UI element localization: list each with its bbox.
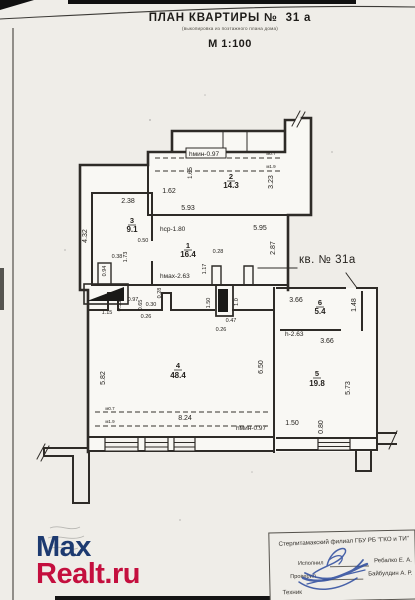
room-area: 48.4 bbox=[170, 371, 186, 380]
room-number: 1 bbox=[186, 241, 190, 250]
dim-label: м1.9 bbox=[105, 419, 115, 424]
room-area: 16.4 bbox=[180, 250, 196, 259]
dim-label: 0.50 bbox=[138, 238, 149, 244]
page-title: ПЛАН КВАРТИРЫ № 31 а bbox=[45, 12, 415, 24]
dim-label: 5.93 bbox=[181, 205, 195, 212]
height-label: hмин-0.97 bbox=[189, 151, 220, 158]
dim-label: 0.26 bbox=[216, 327, 227, 333]
surveyor-stamp: Стерлитамакский филиал ГБУ РБ "ГКО и ТИ"… bbox=[268, 529, 415, 600]
room-number: 3 bbox=[130, 216, 134, 225]
room-number: 6 bbox=[318, 298, 322, 307]
tech-label: Техник bbox=[282, 589, 302, 596]
dim-label: 2.38 bbox=[121, 198, 135, 205]
dim-label: 0.97 bbox=[128, 297, 139, 303]
room-area: 14.3 bbox=[223, 181, 239, 190]
vent-shaft bbox=[218, 289, 228, 312]
dim-label: 0.53 bbox=[117, 301, 123, 312]
dim-label: 5.73 bbox=[345, 381, 352, 395]
dim-label: 0.38 bbox=[112, 254, 123, 260]
floor-plan-svg: 2 14.3 1 16.4 3 9.1 4 48.4 5 19.8 6 5.4 … bbox=[0, 0, 415, 600]
dim-label: 1.48 bbox=[351, 298, 358, 312]
stamp-row-executor: Исполнил Ребалко Е. А. bbox=[270, 556, 415, 569]
height-label: hмин-0.97 bbox=[236, 425, 267, 432]
stamp-row-checker: Проверил Байбулдин А. Р. bbox=[270, 569, 415, 582]
dim-label: 5.95 bbox=[253, 225, 267, 232]
scale-label: М 1:100 bbox=[45, 38, 415, 50]
dim-label: 0.47 bbox=[226, 318, 237, 324]
dim-label: м0.7 bbox=[105, 406, 115, 411]
dim-label: 1.0 bbox=[234, 298, 240, 306]
dim-label: 3.66 bbox=[289, 297, 303, 304]
dim-label: 3.23 bbox=[268, 175, 275, 189]
maxrealt-logo: Max Realt.ru bbox=[36, 534, 140, 588]
dim-label: м0.7 bbox=[266, 151, 276, 156]
room-area: 19.8 bbox=[309, 379, 325, 388]
dim-label: 0.28 bbox=[213, 249, 224, 255]
executor-name: Ребалко Е. А. bbox=[374, 558, 412, 565]
room-area: 5.4 bbox=[314, 307, 326, 316]
dim-label: 2.87 bbox=[270, 241, 277, 255]
logo-line-2: Realt.ru bbox=[36, 561, 140, 588]
dim-label: 4.32 bbox=[82, 229, 89, 243]
dim-label: 0.65 bbox=[138, 300, 144, 311]
height-label: hмах-2.63 bbox=[160, 273, 190, 280]
logo-line-1: Max bbox=[36, 534, 140, 561]
dim-label: 1.50 bbox=[285, 420, 299, 427]
dim-label: 5.82 bbox=[100, 371, 107, 385]
apartment-number-label: кв. № 31а bbox=[299, 254, 356, 266]
dim-label: 0.30 bbox=[146, 302, 157, 308]
dim-label: 1.65 bbox=[188, 167, 194, 179]
dim-label: 1.17 bbox=[202, 264, 208, 275]
checker-name: Байбулдин А. Р. bbox=[368, 571, 412, 578]
room-number: 2 bbox=[229, 172, 233, 181]
dim-label: 0.28 bbox=[157, 288, 163, 299]
dim-label: 0.94 bbox=[102, 266, 108, 277]
dim-label: 1.15 bbox=[102, 310, 113, 316]
room-number: 5 bbox=[315, 369, 319, 378]
height-label: h-2.63 bbox=[285, 331, 304, 338]
title-block: ПЛАН КВАРТИРЫ № 31 а (выкопировка из поэ… bbox=[45, 12, 415, 50]
height-label: hср-1.80 bbox=[160, 226, 186, 233]
dim-label: 8.24 bbox=[178, 415, 192, 422]
dim-label: 1.62 bbox=[162, 188, 176, 195]
page-subtitle: (выкопировка из поэтажного плана дома) bbox=[45, 26, 415, 31]
room-area: 9.1 bbox=[126, 225, 138, 234]
dim-label: м1.9 bbox=[266, 164, 276, 169]
dim-label: 0.80 bbox=[318, 420, 325, 434]
signature-line bbox=[330, 565, 369, 567]
dim-label: 0.26 bbox=[141, 314, 152, 320]
dim-label: 6.50 bbox=[258, 360, 265, 374]
dim-label: 1.73 bbox=[123, 252, 129, 263]
scanned-floorplan-document: 2 14.3 1 16.4 3 9.1 4 48.4 5 19.8 6 5.4 … bbox=[0, 0, 415, 600]
stamp-organization: Стерлитамакский филиал ГБУ РБ "ГКО и ТИ" bbox=[278, 535, 413, 548]
signature-line bbox=[322, 579, 363, 581]
dim-label: 3.66 bbox=[320, 338, 334, 345]
checker-label: Проверил bbox=[290, 574, 316, 581]
dim-label: 1.50 bbox=[206, 298, 212, 309]
executor-label: Исполнил bbox=[298, 560, 324, 567]
